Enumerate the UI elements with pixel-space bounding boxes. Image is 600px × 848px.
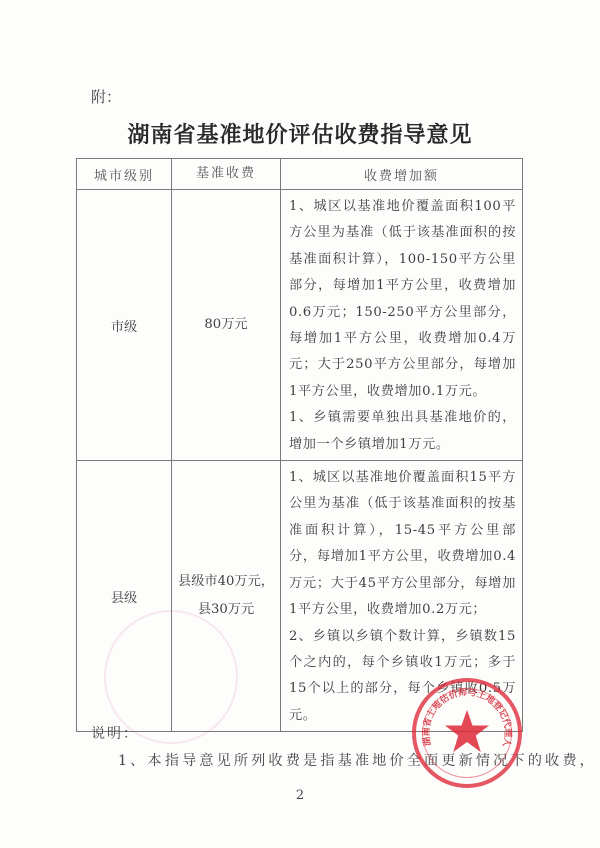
attachment-label: 附：: [91, 86, 121, 107]
note-item-1: 1、本指导意见所列收费是指基准地价全面更新情况下的收费，: [118, 750, 597, 770]
county-base-fee-cell: 县级市40万元， 县30万元: [172, 461, 281, 732]
notes-label: 说明：: [91, 723, 139, 743]
county-increment-rule-1: 1、城区以基准地价覆盖面积15平方公里为基准（低于该基准面积的按基准面积计算），…: [289, 465, 516, 623]
city-increment-rule-1: 1、城区以基准地价覆盖面积100平方公里为基准（低于该基准面积的按基准面积计算）…: [289, 194, 516, 405]
header-fee-increment: 收费增加额: [281, 159, 523, 190]
table-row-city: 市级 80万元 1、城区以基准地价覆盖面积100平方公里为基准（低于该基准面积的…: [77, 190, 523, 461]
county-base-fee-line1: 县级市40万元，: [173, 568, 279, 596]
header-base-fee: 基准收费: [172, 159, 281, 190]
page-number: 2: [0, 788, 600, 803]
city-level-cell: 市级: [77, 190, 172, 461]
official-seal: 湖南省土地估价师与土地登记代理人协会: [412, 678, 522, 788]
city-increment-rule-2: 1、乡镇需要单独出具基准地价的，增加一个乡镇增加1万元。: [289, 405, 516, 458]
table-header-row: 城市级别 基准收费 收费增加额: [77, 159, 523, 190]
star-icon: [444, 708, 490, 754]
county-base-fee-line2: 县30万元: [173, 596, 279, 624]
city-increment-cell: 1、城区以基准地价覆盖面积100平方公里为基准（低于该基准面积的按基准面积计算）…: [281, 190, 523, 461]
header-city-level: 城市级别: [77, 159, 172, 190]
county-level-cell: 县级: [77, 461, 172, 732]
document-title: 湖南省基准地价评估收费指导意见: [0, 118, 600, 149]
fee-table: 城市级别 基准收费 收费增加额 市级 80万元 1、城区以基准地价覆盖面积100…: [76, 158, 523, 732]
city-base-fee-cell: 80万元: [172, 190, 281, 461]
